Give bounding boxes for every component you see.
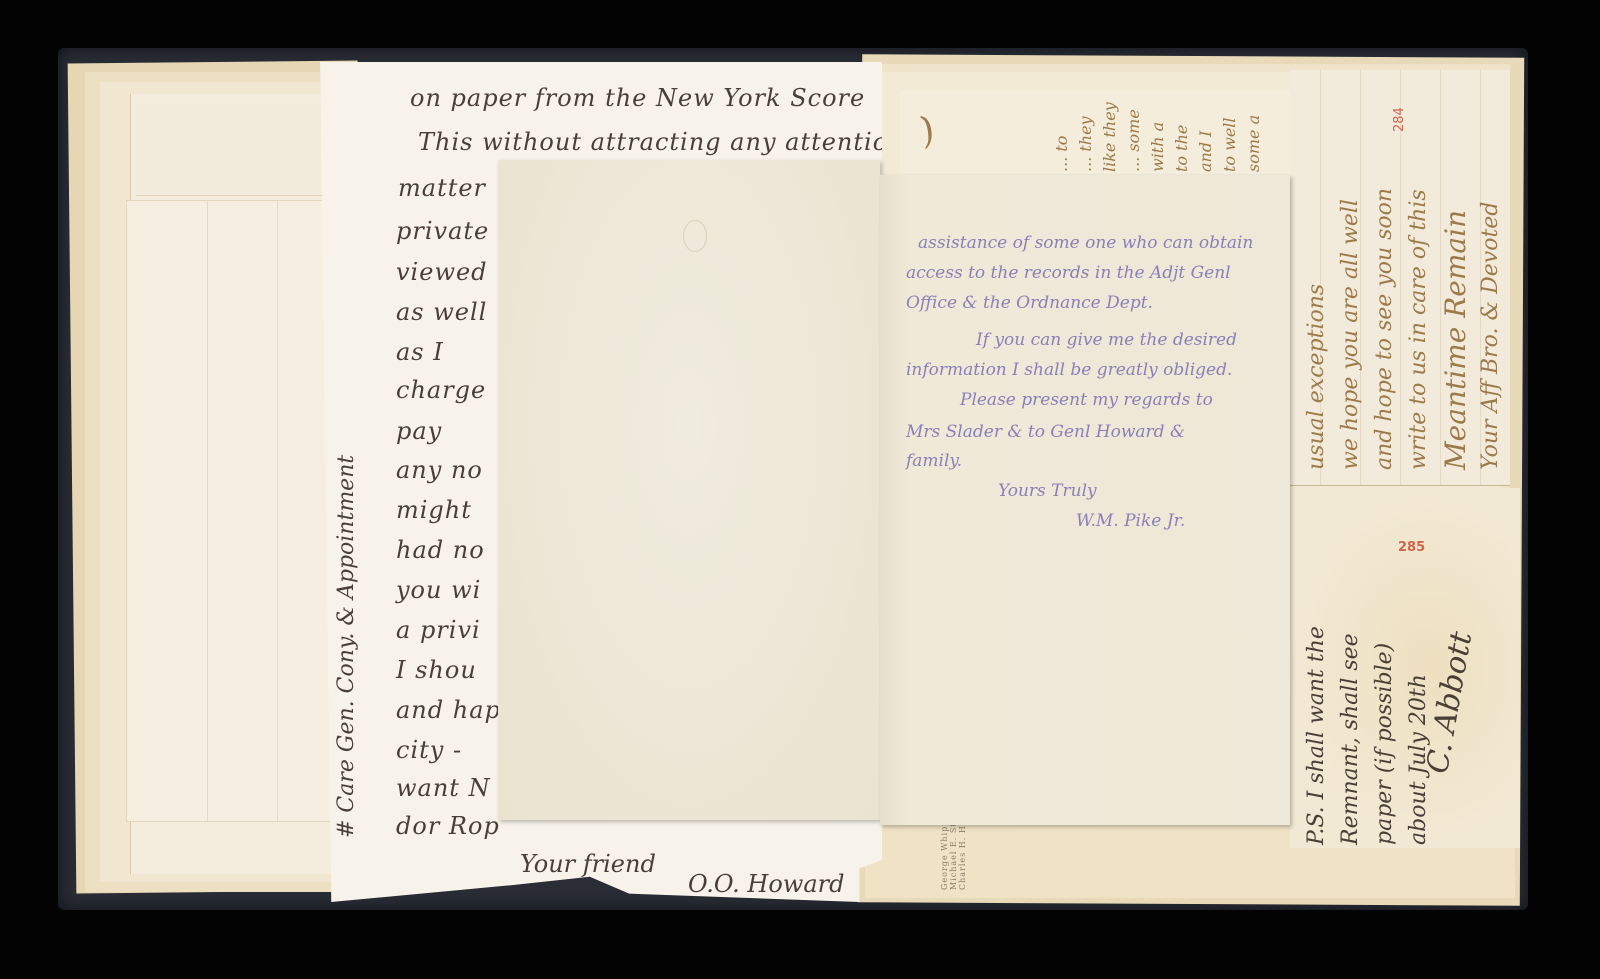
- letter-line: as well: [396, 298, 487, 326]
- letter-line: assistance of some one who can obtain: [918, 233, 1253, 253]
- letterhead-fragment: George Whipple Michael E. Str... Charles…: [940, 830, 1030, 900]
- fragment-line: and I: [1194, 102, 1218, 172]
- embossed-monogram-icon: [683, 220, 707, 252]
- ledger-line: usual exceptions: [1300, 188, 1334, 470]
- letter-line: might: [396, 496, 472, 524]
- letter-line: on paper from the New York Score: [410, 84, 865, 112]
- letter-line: information I shall be greatly obliged.: [906, 360, 1232, 380]
- letter-line: Mrs Slader & to Genl Howard &: [906, 422, 1185, 442]
- fragment-line: with a: [1146, 102, 1170, 172]
- fragment-line: some a: [1242, 102, 1266, 172]
- ledger-vertical-text: usual exceptions we hope you are all wel…: [1300, 188, 1506, 470]
- pike-letter: assistance of some one who can obtain ac…: [880, 175, 1290, 825]
- fragment-line: to the: [1170, 102, 1194, 172]
- ps-vertical-text: P.S. I shall want the Remnant, shall see…: [1300, 626, 1436, 845]
- ruled-line: [277, 201, 278, 821]
- fragment-line: to well: [1218, 102, 1242, 172]
- letter-closing: Yours Truly: [998, 481, 1097, 501]
- letter-line: viewed: [396, 258, 488, 286]
- letter-line: city -: [396, 736, 462, 764]
- letter-line: matter: [398, 174, 486, 202]
- letter-line: and hap: [396, 696, 501, 724]
- letter-line: private: [396, 217, 489, 245]
- letter-line: This without attracting any attention to: [418, 128, 939, 156]
- fragment-vertical-text: ... to ... they like they ... some with …: [1050, 102, 1266, 172]
- letter-line: charge: [396, 376, 486, 404]
- blank-sheet-with-watermark: [498, 160, 880, 820]
- fragment-line: like they: [1098, 102, 1122, 172]
- letter-line: pay: [396, 417, 442, 445]
- fragment-line: ... to: [1050, 102, 1074, 172]
- letter-line: I shou: [396, 656, 477, 684]
- fragment-line: ... some: [1122, 102, 1146, 172]
- margin-note: # Care Gen. Cony. & Appointment: [334, 455, 359, 838]
- ps-line: Remnant, shall see: [1334, 626, 1368, 845]
- letter-line: as I: [396, 338, 444, 366]
- letter-line: want N: [396, 774, 491, 802]
- letter-signature: O.O. Howard: [688, 870, 845, 898]
- fragment-mark: ): [913, 109, 940, 152]
- ruled-line: [207, 201, 208, 821]
- letter-line: Office & the Ordnance Dept.: [906, 293, 1153, 313]
- ledger-line: and hope to see you soon: [1368, 188, 1402, 470]
- ledger-line: write to us in care of this: [1402, 188, 1436, 470]
- ps-line: paper (if possible): [1368, 626, 1402, 845]
- letter-signature: W.M. Pike Jr.: [1076, 511, 1185, 531]
- page-number: 285: [1398, 540, 1425, 555]
- ps-line: P.S. I shall want the: [1300, 626, 1334, 845]
- left-pasted-sheet-top: [136, 100, 351, 196]
- letter-line: family.: [906, 451, 962, 471]
- ledger-line: Meantime Remain: [1436, 188, 1476, 470]
- ledger-line: we hope you are all well: [1334, 188, 1368, 470]
- letter-line: Please present my regards to: [960, 390, 1213, 410]
- ledger-line: Your Aff Bro. & Devoted: [1476, 188, 1506, 470]
- letter-line: dor Rop: [396, 812, 500, 840]
- letter-closing: Your friend: [520, 850, 656, 878]
- letter-line: had no: [396, 536, 485, 564]
- letter-line: a privi: [396, 616, 481, 644]
- page-number: 284: [1392, 107, 1407, 132]
- letter-line: you wi: [396, 576, 481, 604]
- letter-line: If you can give me the desired: [976, 330, 1237, 350]
- letter-line: any no: [396, 456, 483, 484]
- letter-line: access to the records in the Adjt Genl: [906, 263, 1231, 283]
- fragment-line: ... they: [1074, 102, 1098, 172]
